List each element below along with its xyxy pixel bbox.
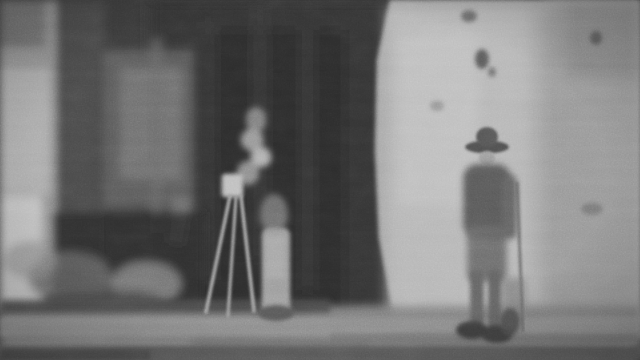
photograph (0, 0, 640, 360)
vignette (0, 0, 640, 360)
photograph-canvas (0, 0, 640, 360)
